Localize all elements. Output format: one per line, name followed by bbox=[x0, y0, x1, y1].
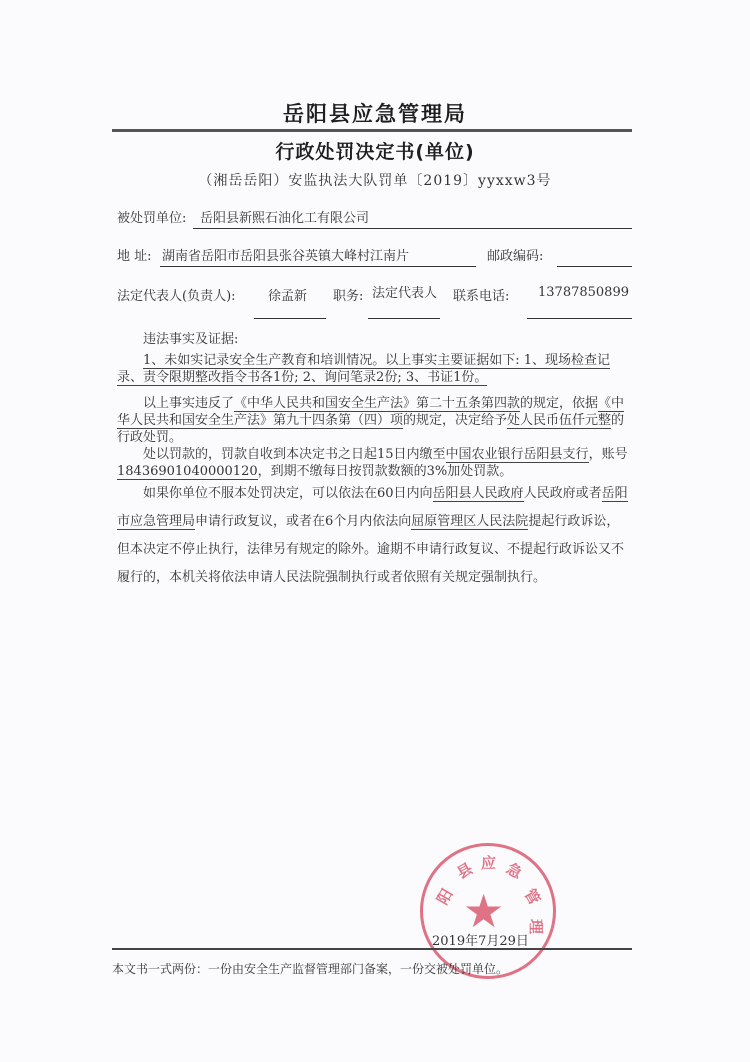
position-underline bbox=[368, 318, 440, 319]
fine-bank: 中国农业银行岳阳县支行 bbox=[446, 447, 589, 463]
appeal-government: 岳阳县人民政府 bbox=[433, 486, 524, 502]
violation-mid: 的规定，依据 bbox=[520, 396, 598, 411]
seal-char: 阳 bbox=[432, 885, 458, 909]
fine-account-label: ，账号 bbox=[589, 447, 628, 462]
fine-pre: 处以罚款的，罚款自收到本决定书之日起15日内缴至 bbox=[143, 447, 446, 462]
seal-char: 理 bbox=[526, 919, 547, 934]
violation-pre: 以上事实违反了 bbox=[143, 396, 234, 411]
document-title: 行政处罚决定书(单位) bbox=[0, 137, 750, 164]
address-label: 地 址: bbox=[117, 245, 152, 264]
appeal-mid2: 申请行政复议，或者在6个月内依法向 bbox=[195, 514, 411, 529]
fine-post: ，到期不缴每日按罚款数额的3%加处罚款。 bbox=[258, 464, 513, 479]
facts-evidence: 1、未如实记录安全生产教育和培训情况。以上事实主要证据如下: 1、现场检查记录、… bbox=[117, 353, 610, 386]
address-underline bbox=[160, 266, 476, 267]
representative-underline bbox=[254, 318, 326, 319]
signature-date: 2019年7月29日 bbox=[432, 930, 529, 949]
phone-label: 联系电话: bbox=[453, 285, 509, 304]
appeal-paragraph: 如果你单位不服本处罚决定，可以依法在60日内向岳阳县人民政府人民政府或者岳阳市应… bbox=[117, 480, 632, 592]
seal-char: 管 bbox=[520, 885, 546, 909]
violated-law: 《中华人民共和国安全生产法》第二十五条第四款 bbox=[234, 396, 520, 412]
unit-label: 被处罚单位: bbox=[117, 207, 186, 226]
appeal-mid1: 人民政府或者 bbox=[524, 486, 602, 501]
position-label: 职务: bbox=[333, 285, 363, 304]
address-value: 湖南省岳阳市岳阳县张谷英镇大峰村江南片 bbox=[162, 245, 409, 264]
seal-char: 应 bbox=[481, 852, 496, 873]
official-seal: ★ 阳 县 应 急 管 理 bbox=[420, 843, 556, 979]
organization-name: 岳阳县应急管理局 bbox=[0, 98, 750, 128]
basis-mid: 的规定，决定给予 bbox=[403, 413, 507, 428]
fine-account-number: 18436901040000120 bbox=[117, 464, 258, 480]
postcode-underline bbox=[557, 266, 632, 267]
appeal-pre: 如果你单位不服本处罚决定，可以依法在60日内向 bbox=[143, 486, 433, 501]
unit-underline bbox=[193, 228, 632, 229]
phone-value: 13787850899 bbox=[538, 285, 629, 300]
phone-underline bbox=[527, 318, 632, 319]
facts-heading: 违法事实及证据: bbox=[117, 331, 632, 348]
facts-text: 1、未如实记录安全生产教育和培训情况。以上事实主要证据如下: 1、现场检查记录、… bbox=[117, 352, 632, 386]
header-divider bbox=[112, 129, 632, 132]
seal-char: 急 bbox=[503, 858, 527, 884]
footer-divider bbox=[112, 948, 632, 950]
representative-value: 徐孟新 bbox=[268, 285, 307, 304]
position-value: 法定代表人 bbox=[372, 285, 440, 302]
fine-paragraph: 处以罚款的，罚款自收到本决定书之日起15日内缴至中国农业银行岳阳县支行，账号18… bbox=[117, 446, 632, 480]
representative-label: 法定代表人(负责人): bbox=[117, 285, 236, 304]
appeal-court: 屈原管理区人民法院 bbox=[411, 514, 528, 530]
postcode-label: 邮政编码: bbox=[487, 245, 543, 264]
seal-char: 县 bbox=[453, 858, 477, 884]
footer-note: 本文书一式两份：一份由安全生产监督管理部门备案，一份交被处罚单位。 bbox=[112, 960, 508, 977]
violation-paragraph: 以上事实违反了《中华人民共和国安全生产法》第二十五条第四款的规定，依据《中华人民… bbox=[117, 395, 632, 446]
penalty-amount: 处人民币伍仟元整 bbox=[507, 413, 611, 429]
document-number: （湘岳岳阳）安监执法大队罚单〔2019〕yyxxw3号 bbox=[0, 170, 750, 190]
unit-value: 岳阳县新熙石油化工有限公司 bbox=[200, 207, 369, 226]
